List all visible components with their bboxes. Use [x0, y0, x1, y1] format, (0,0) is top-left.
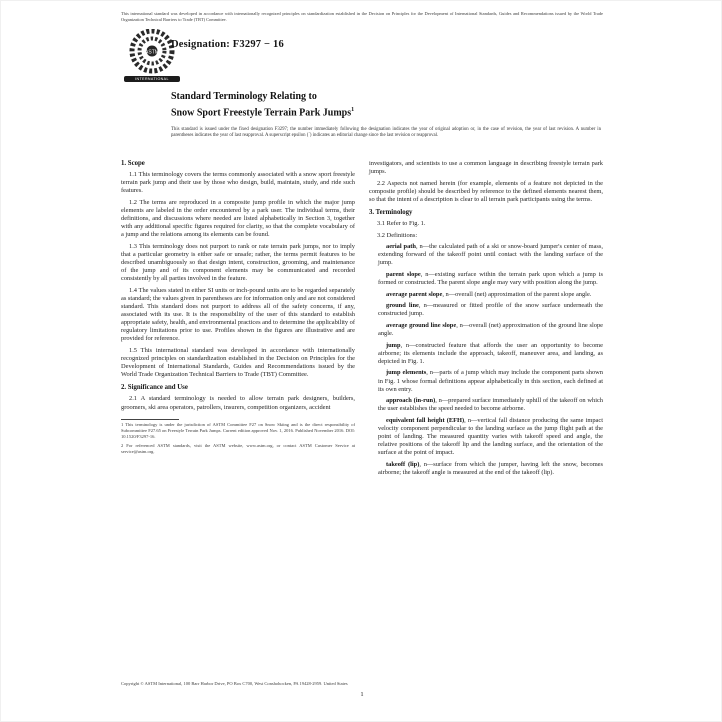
definition-term: jump	[386, 342, 401, 349]
paragraph-1-4: 1.4 The values stated in either SI units…	[121, 287, 355, 344]
title-line1: Standard Terminology Relating to	[171, 91, 317, 102]
issuance-note: This standard is issued under the fixed …	[171, 127, 601, 140]
paragraph-3-2: 3.2 Definitions:	[369, 232, 603, 240]
section-heading-scope: 1. Scope	[121, 160, 355, 168]
definition-term: jump elements	[386, 369, 426, 376]
paragraph-1-1: 1.1 This terminology covers the terms co…	[121, 171, 355, 195]
section-heading-significance: 2. Significance and Use	[121, 384, 355, 392]
definition-term: equivalent fall height (EFH)	[386, 417, 464, 424]
definition-term: average ground line slope	[386, 322, 456, 329]
paragraph-1-2: 1.2 The terms are reproduced in a compos…	[121, 199, 355, 239]
paragraph-2-1: 2.1 A standard terminology is needed to …	[121, 395, 355, 411]
tbt-notice: This international standard was develope…	[121, 11, 603, 22]
title-footnote-ref: 1	[351, 107, 354, 113]
body-columns: 1. Scope 1.1 This terminology covers the…	[121, 160, 603, 481]
definition-equivalent-fall-height: equivalent fall height (EFH), n—vertical…	[369, 417, 603, 457]
footnote-divider	[121, 419, 179, 420]
page-number: 1	[121, 691, 603, 698]
title-line2: Snow Sport Freestyle Terrain Park Jumps	[171, 107, 351, 118]
paragraph-2-2: 2.2 Aspects not named herein (for exampl…	[369, 180, 603, 204]
definition-term: parent slope	[386, 271, 421, 278]
right-column: investigators, and scientists to use a c…	[369, 160, 603, 481]
left-column: 1. Scope 1.1 This terminology covers the…	[121, 160, 355, 481]
definition-text: , n—constructed feature that affords the…	[378, 342, 603, 365]
definition-jump: jump, n—constructed feature that affords…	[369, 342, 603, 366]
definition-text: , n—overall (net) approximation of the p…	[442, 291, 591, 298]
definition-parent-slope: parent slope, n—existing surface within …	[369, 271, 603, 287]
definition-approach: approach (in-run), n—prepared surface im…	[369, 397, 603, 413]
definition-average-parent-slope: average parent slope, n—overall (net) ap…	[369, 291, 603, 299]
definition-ground-line: ground line, n—measured or fitted profil…	[369, 302, 603, 318]
paragraph-2-1-continued: investigators, and scientists to use a c…	[369, 160, 603, 176]
document-page: This international standard was develope…	[0, 0, 722, 722]
paragraph-3-1: 3.1 Refer to Fig. 1.	[369, 220, 603, 228]
designation-line: Designation: F3297 − 16	[171, 39, 284, 50]
section-heading-terminology: 3. Terminology	[369, 209, 603, 217]
astm-logo-banner: INTERNATIONAL	[124, 76, 180, 82]
definition-term: average parent slope	[386, 291, 442, 298]
definition-average-ground-line-slope: average ground line slope, n—overall (ne…	[369, 322, 603, 338]
definition-takeoff: takeoff (lip), n—surface from which the …	[369, 461, 603, 477]
definition-term: ground line	[386, 302, 419, 309]
paragraph-1-5: 1.5 This international standard was deve…	[121, 347, 355, 379]
astm-logo-text: ASTM	[145, 50, 159, 56]
definition-jump-elements: jump elements, n—parts of a jump which m…	[369, 369, 603, 393]
document-title: Standard Terminology Relating to Snow Sp…	[171, 91, 601, 120]
footnote-2: 2 For referenced ASTM standards, visit t…	[121, 443, 355, 455]
definition-term: takeoff (lip)	[386, 461, 419, 468]
astm-logo-icon: ASTM	[128, 29, 176, 75]
footnote-1: 1 This terminology is under the jurisdic…	[121, 422, 355, 440]
definition-term: approach (in-run)	[386, 397, 435, 404]
definition-aerial-path: aerial path, n—the calculated path of a …	[369, 243, 603, 267]
definition-term: aerial path	[386, 243, 416, 250]
astm-masthead: ASTM INTERNATIONAL	[124, 29, 180, 82]
footnote-block: 1 This terminology is under the jurisdic…	[121, 419, 355, 456]
copyright-line: Copyright © ASTM International, 100 Barr…	[121, 681, 603, 686]
paragraph-1-3: 1.3 This terminology does not purport to…	[121, 243, 355, 283]
